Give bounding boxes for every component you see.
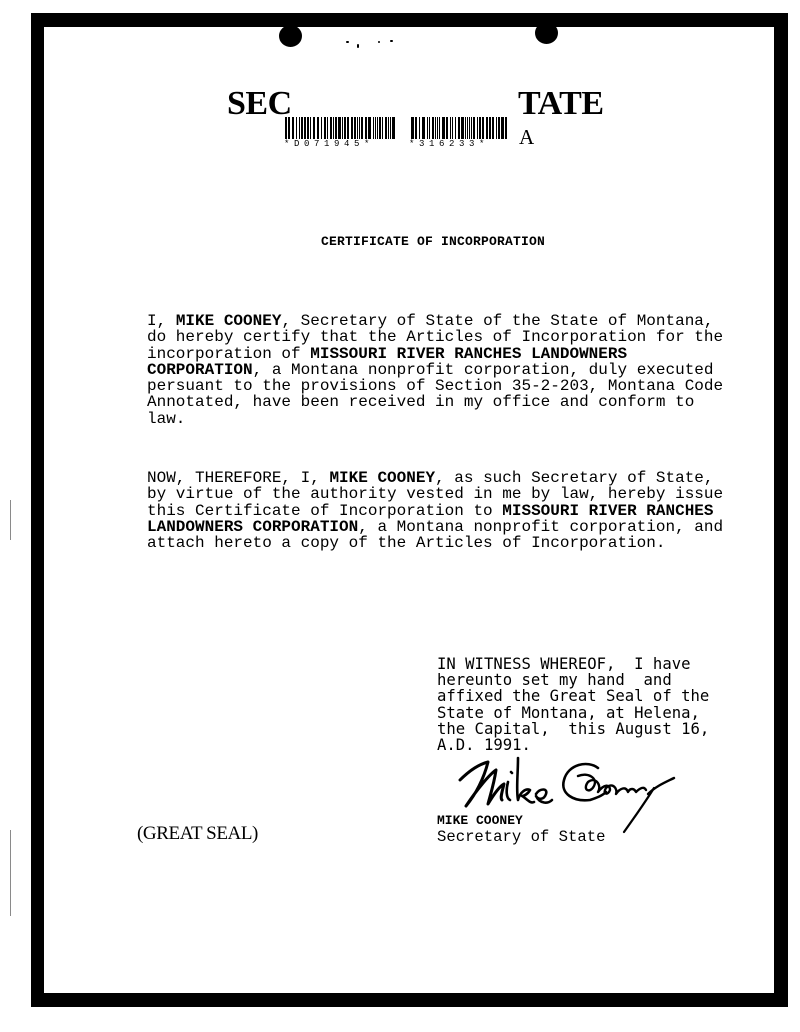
hole-punch-right (535, 22, 558, 44)
signer-name: MIKE COONEY (437, 813, 523, 829)
letterhead-left-fragment: SEC (227, 84, 292, 124)
issuance-paragraph: NOW, THEREFORE, I, MIKE COONEY, as such … (147, 470, 722, 551)
scan-speck (346, 41, 349, 43)
barcode (411, 117, 510, 139)
scan-artifact-line (10, 500, 11, 540)
barcode-label: *316233* (409, 139, 489, 150)
barcode (285, 117, 397, 139)
letterhead-right-fragment: TATE (518, 84, 604, 124)
great-seal-label: (GREAT SEAL) (137, 823, 258, 845)
scan-artifact-line (10, 830, 11, 916)
letterhead-sub-fragment: A (519, 125, 534, 149)
certification-paragraph: I, MIKE COONEY, Secretary of State of th… (147, 313, 722, 427)
witness-clause: IN WITNESS WHEREOF, I have hereunto set … (437, 656, 709, 753)
scan-speck (390, 40, 393, 42)
barcode-label: *D071945* (284, 139, 374, 150)
signer-title: Secretary of State (437, 829, 605, 845)
document-title: CERTIFICATE OF INCORPORATION (0, 234, 800, 250)
scan-speck (357, 44, 359, 48)
hole-punch-left (279, 25, 302, 47)
scan-speck (378, 41, 380, 43)
